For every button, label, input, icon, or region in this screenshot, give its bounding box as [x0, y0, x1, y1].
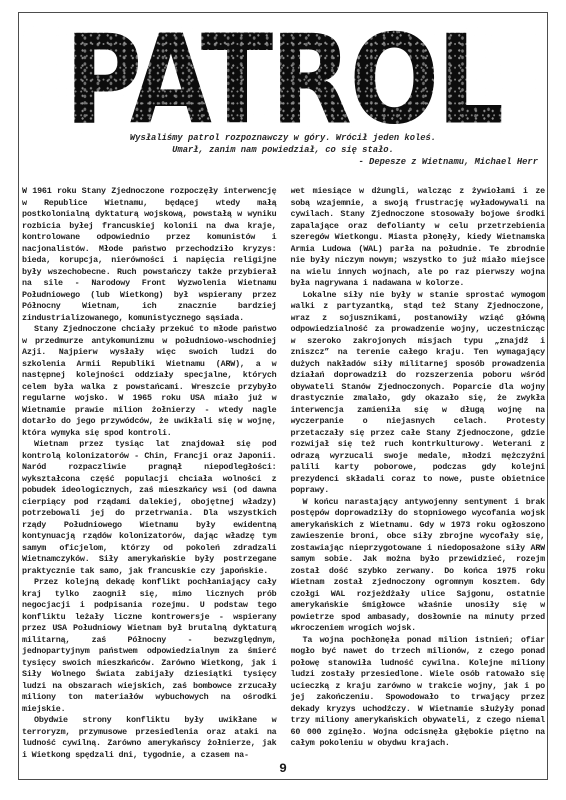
paragraph: W końcu narastający antywojenny sentymen…	[291, 497, 546, 635]
right-column: wet miesiące w dżungli, walcząc z żywioł…	[291, 186, 546, 766]
paragraph: Wietnam przez tysiąc lat znajdował się p…	[22, 439, 277, 577]
paragraph: Obydwie strony konfliktu były uwikłane w…	[22, 715, 277, 761]
paragraph: Lokalne siły nie były w stanie sprostać …	[291, 290, 546, 497]
chapter-title: PATROL	[20, 24, 546, 136]
epigraph-line-1: Wysłaliśmy patrol rozpoznawczy w góry. W…	[0, 132, 566, 144]
epigraph: Wysłaliśmy patrol rozpoznawczy w góry. W…	[0, 132, 566, 168]
paragraph: Stany Zjednoczone chciały przekuć to mło…	[22, 324, 277, 439]
book-page: PATROL Wysłaliśmy patrol rozpoznawczy w …	[0, 0, 566, 800]
epigraph-line-2: Umarł, zanim nam powiedział, co się stał…	[0, 144, 566, 156]
epigraph-attribution: - Depesze z Wietnamu, Michael Herr	[0, 156, 566, 168]
left-column: W 1961 roku Stany Zjednoczone rozpoczęły…	[22, 186, 277, 766]
paragraph: Przez kolejną dekadę konflikt pochłaniaj…	[22, 577, 277, 715]
paragraph-continuation: wet miesiące w dżungli, walcząc z żywioł…	[291, 186, 546, 290]
article-body: W 1961 roku Stany Zjednoczone rozpoczęły…	[22, 186, 545, 766]
paragraph: Ta wojna pochłonęła ponad milion istnień…	[291, 635, 546, 750]
paragraph-intro: W 1961 roku Stany Zjednoczone rozpoczęły…	[22, 186, 277, 324]
page-number: 9	[0, 761, 566, 776]
